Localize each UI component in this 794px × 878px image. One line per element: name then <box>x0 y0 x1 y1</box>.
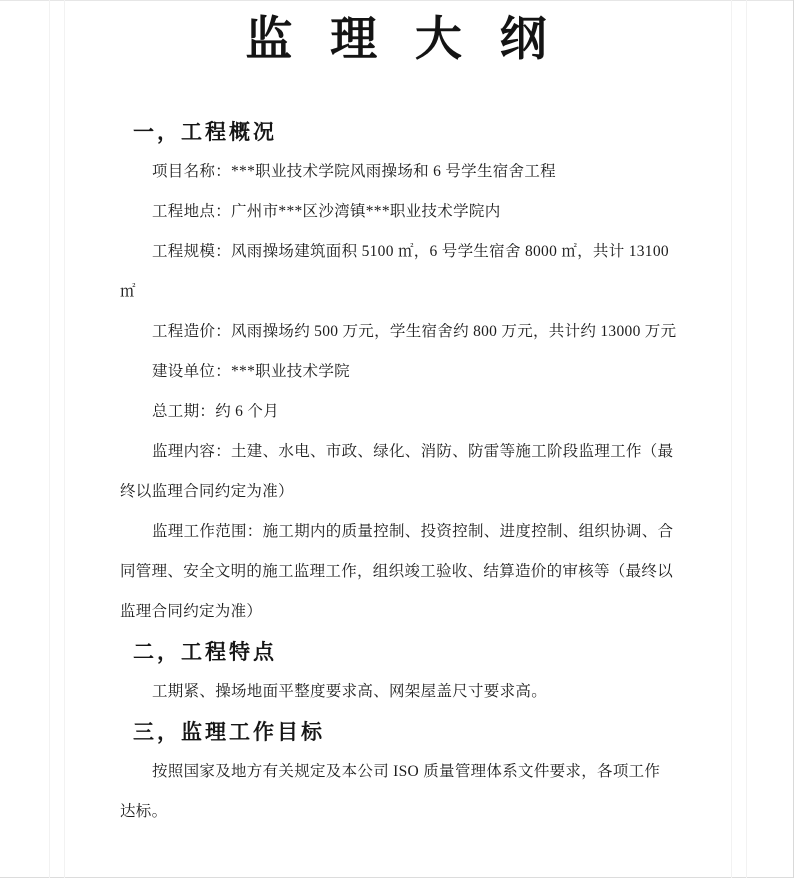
doc-line: 总工期：约 6 个月 <box>120 392 724 432</box>
doc-line: ㎡ <box>120 272 724 312</box>
paragraph-project-cost: 工程造价：风雨操场约 500 万元，学生宿舍约 800 万元，共计约 13000… <box>120 312 724 352</box>
doc-line: 工程地点：广州市***区沙湾镇***职业技术学院内 <box>120 192 724 232</box>
document-page: 监 理 大 纲 一，工程概况 项目名称：***职业技术学院风雨操场和 6 号学生… <box>0 0 794 878</box>
doc-line: 监理合同约定为准） <box>120 592 724 632</box>
page-edge-top <box>0 0 794 1</box>
paragraph-project-location: 工程地点：广州市***区沙湾镇***职业技术学院内 <box>120 192 724 232</box>
scan-artifact-line <box>49 0 50 878</box>
document-body: 一，工程概况 项目名称：***职业技术学院风雨操场和 6 号学生宿舍工程 工程地… <box>120 112 724 832</box>
paragraph-project-features: 工期紧、操场地面平整度要求高、网架屋盖尺寸要求高。 <box>120 672 724 712</box>
paragraph-supervision-goals: 按照国家及地方有关规定及本公司 ISO 质量管理体系文件要求，各项工作 达标。 <box>120 752 724 832</box>
doc-line: 同管理、安全文明的施工监理工作，组织竣工验收、结算造价的审核等（最终以 <box>120 552 724 592</box>
scan-artifact-line <box>731 0 732 878</box>
section-heading-project-overview: 一，工程概况 <box>120 112 724 152</box>
doc-line: 工期紧、操场地面平整度要求高、网架屋盖尺寸要求高。 <box>120 672 724 712</box>
doc-line: 终以监理合同约定为准） <box>120 472 724 512</box>
paragraph-construction-unit: 建设单位：***职业技术学院 <box>120 352 724 392</box>
doc-line: 监理内容：土建、水电、市政、绿化、消防、防雷等施工阶段监理工作（最 <box>120 432 724 472</box>
paragraph-project-name: 项目名称：***职业技术学院风雨操场和 6 号学生宿舍工程 <box>120 152 724 192</box>
doc-line: 达标。 <box>120 792 724 832</box>
paragraph-supervision-content: 监理内容：土建、水电、市政、绿化、消防、防雷等施工阶段监理工作（最 终以监理合同… <box>120 432 724 512</box>
section-heading-supervision-goals: 三，监理工作目标 <box>120 712 724 752</box>
section-heading-project-features: 二，工程特点 <box>120 632 724 672</box>
doc-line: 工程规模：风雨操场建筑面积 5100 ㎡，6 号学生宿舍 8000 ㎡，共计 1… <box>120 232 724 272</box>
doc-line: 监理工作范围：施工期内的质量控制、投资控制、进度控制、组织协调、合 <box>120 512 724 552</box>
paragraph-supervision-scope: 监理工作范围：施工期内的质量控制、投资控制、进度控制、组织协调、合 同管理、安全… <box>120 512 724 632</box>
scan-artifact-line <box>64 0 65 878</box>
doc-line: 项目名称：***职业技术学院风雨操场和 6 号学生宿舍工程 <box>120 152 724 192</box>
document-title: 监 理 大 纲 <box>0 0 794 68</box>
paragraph-total-duration: 总工期：约 6 个月 <box>120 392 724 432</box>
paragraph-project-scale: 工程规模：风雨操场建筑面积 5100 ㎡，6 号学生宿舍 8000 ㎡，共计 1… <box>120 232 724 312</box>
doc-line: 建设单位：***职业技术学院 <box>120 352 724 392</box>
doc-line: 工程造价：风雨操场约 500 万元，学生宿舍约 800 万元，共计约 13000… <box>120 312 724 352</box>
doc-line: 按照国家及地方有关规定及本公司 ISO 质量管理体系文件要求，各项工作 <box>120 752 724 792</box>
scan-artifact-line <box>746 0 747 878</box>
